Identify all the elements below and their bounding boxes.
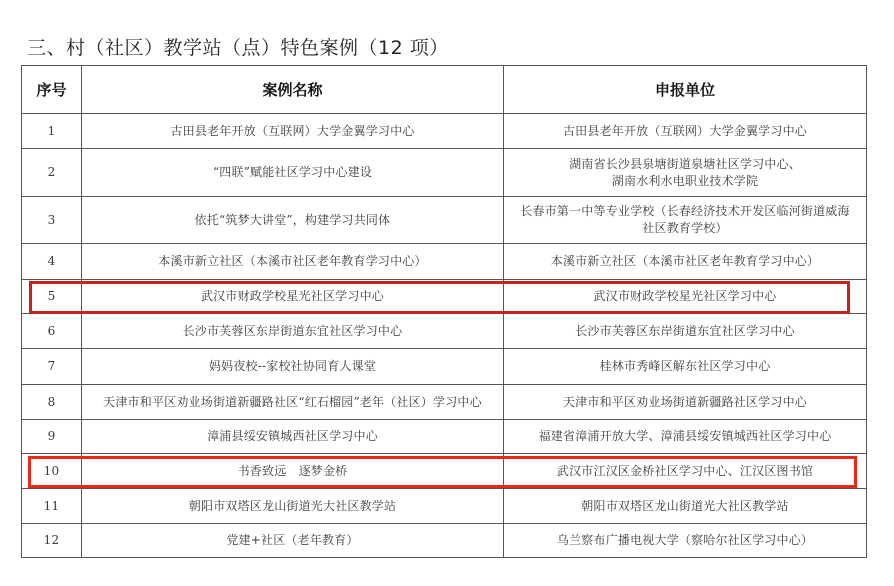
case-name: 书香致远 逐梦金桥: [82, 454, 504, 489]
applicant-unit-line: 武汉市财政学校星光社区学习中心: [508, 288, 862, 305]
case-name: 古田县老年开放（互联网）大学金翼学习中心: [82, 114, 504, 149]
row-number: 2: [22, 149, 82, 197]
applicant-unit-line: 朝阳市双塔区龙山街道光大社区教学站: [508, 498, 862, 515]
applicant-unit-line: 古田县老年开放（互联网）大学金翼学习中心: [508, 123, 862, 140]
applicant-unit-line: 天津市和平区劝业场街道新疆路社区学习中心: [508, 394, 862, 411]
table-row: 11 朝阳市双塔区龙山街道光大社区教学站 朝阳市双塔区龙山街道光大社区教学站: [22, 489, 867, 524]
table-row: 8 天津市和平区劝业场街道新疆路社区“红石榴园”老年（社区）学习中心 天津市和平…: [22, 385, 867, 420]
case-name: “四联”赋能社区学习中心建设: [82, 149, 504, 197]
applicant-unit-line: 乌兰察布广播电视大学（察哈尔社区学习中心）: [508, 532, 862, 549]
table-row: 2 “四联”赋能社区学习中心建设 湖南省长沙县泉塘街道泉塘社区学习中心、 湖南水…: [22, 149, 867, 197]
applicant-unit: 天津市和平区劝业场街道新疆路社区学习中心: [504, 385, 867, 420]
applicant-unit: 乌兰察布广播电视大学（察哈尔社区学习中心）: [504, 524, 867, 558]
case-name: 依托“筑梦大讲堂”，构建学习共同体: [82, 197, 504, 244]
table-row: 7 妈妈夜校--家校社协同育人课堂 桂林市秀峰区解东社区学习中心: [22, 349, 867, 385]
case-name: 朝阳市双塔区龙山街道光大社区教学站: [82, 489, 504, 524]
column-header-no: 序号: [22, 66, 82, 114]
row-number: 4: [22, 244, 82, 280]
applicant-unit-line: 湖南省长沙县泉塘街道泉塘社区学习中心、: [508, 156, 862, 173]
applicant-unit-line: 福建省漳浦开放大学、漳浦县绥安镇城西社区学习中心: [508, 428, 862, 445]
case-table: 序号 案例名称 申报单位 1 古田县老年开放（互联网）大学金翼学习中心 古田县老…: [21, 65, 867, 558]
row-number: 12: [22, 524, 82, 558]
row-number: 1: [22, 114, 82, 149]
case-name: 漳浦县绥安镇城西社区学习中心: [82, 420, 504, 454]
applicant-unit-line: 社区教育学校）: [508, 220, 862, 237]
case-name: 武汉市财政学校星光社区学习中心: [82, 280, 504, 314]
applicant-unit: 福建省漳浦开放大学、漳浦县绥安镇城西社区学习中心: [504, 420, 867, 454]
section-title: 三、村（社区）教学站（点）特色案例（12 项）: [27, 33, 449, 60]
applicant-unit-line: 桂林市秀峰区解东社区学习中心: [508, 358, 862, 375]
applicant-unit: 朝阳市双塔区龙山街道光大社区教学站: [504, 489, 867, 524]
case-name: 妈妈夜校--家校社协同育人课堂: [82, 349, 504, 385]
applicant-unit: 长沙市芙蓉区东岸街道东宜社区学习中心: [504, 314, 867, 349]
applicant-unit-line: 本溪市新立社区（本溪市社区老年教育学习中心）: [508, 253, 862, 270]
case-name: 党建+社区（老年教育）: [82, 524, 504, 558]
table-row-highlighted: 5 武汉市财政学校星光社区学习中心 武汉市财政学校星光社区学习中心: [22, 280, 867, 314]
table-header-row: 序号 案例名称 申报单位: [22, 66, 867, 114]
applicant-unit-line: 湖南水利水电职业技术学院: [508, 173, 862, 190]
table-row: 6 长沙市芙蓉区东岸街道东宜社区学习中心 长沙市芙蓉区东岸街道东宜社区学习中心: [22, 314, 867, 349]
row-number: 11: [22, 489, 82, 524]
row-number: 8: [22, 385, 82, 420]
applicant-unit: 长春市第一中等专业学校（长春经济技术开发区临河街道威海 社区教育学校）: [504, 197, 867, 244]
applicant-unit: 桂林市秀峰区解东社区学习中心: [504, 349, 867, 385]
applicant-unit: 古田县老年开放（互联网）大学金翼学习中心: [504, 114, 867, 149]
table-row-highlighted: 10 书香致远 逐梦金桥 武汉市江汉区金桥社区学习中心、江汉区图书馆: [22, 454, 867, 489]
table-row: 9 漳浦县绥安镇城西社区学习中心 福建省漳浦开放大学、漳浦县绥安镇城西社区学习中…: [22, 420, 867, 454]
column-header-applicant-unit: 申报单位: [504, 66, 867, 114]
table-row: 1 古田县老年开放（互联网）大学金翼学习中心 古田县老年开放（互联网）大学金翼学…: [22, 114, 867, 149]
table-row: 3 依托“筑梦大讲堂”，构建学习共同体 长春市第一中等专业学校（长春经济技术开发…: [22, 197, 867, 244]
table-row: 12 党建+社区（老年教育） 乌兰察布广播电视大学（察哈尔社区学习中心）: [22, 524, 867, 558]
row-number: 3: [22, 197, 82, 244]
case-name: 本溪市新立社区（本溪市社区老年教育学习中心）: [82, 244, 504, 280]
applicant-unit: 本溪市新立社区（本溪市社区老年教育学习中心）: [504, 244, 867, 280]
row-number: 6: [22, 314, 82, 349]
applicant-unit-line: 武汉市江汉区金桥社区学习中心、江汉区图书馆: [508, 463, 862, 480]
table-row: 4 本溪市新立社区（本溪市社区老年教育学习中心） 本溪市新立社区（本溪市社区老年…: [22, 244, 867, 280]
case-name: 长沙市芙蓉区东岸街道东宜社区学习中心: [82, 314, 504, 349]
row-number: 10: [22, 454, 82, 489]
case-name: 天津市和平区劝业场街道新疆路社区“红石榴园”老年（社区）学习中心: [82, 385, 504, 420]
applicant-unit-line: 长沙市芙蓉区东岸街道东宜社区学习中心: [508, 323, 862, 340]
row-number: 5: [22, 280, 82, 314]
applicant-unit: 武汉市江汉区金桥社区学习中心、江汉区图书馆: [504, 454, 867, 489]
applicant-unit: 湖南省长沙县泉塘街道泉塘社区学习中心、 湖南水利水电职业技术学院: [504, 149, 867, 197]
row-number: 7: [22, 349, 82, 385]
applicant-unit-line: 长春市第一中等专业学校（长春经济技术开发区临河街道威海: [508, 203, 862, 220]
column-header-case-name: 案例名称: [82, 66, 504, 114]
applicant-unit: 武汉市财政学校星光社区学习中心: [504, 280, 867, 314]
row-number: 9: [22, 420, 82, 454]
